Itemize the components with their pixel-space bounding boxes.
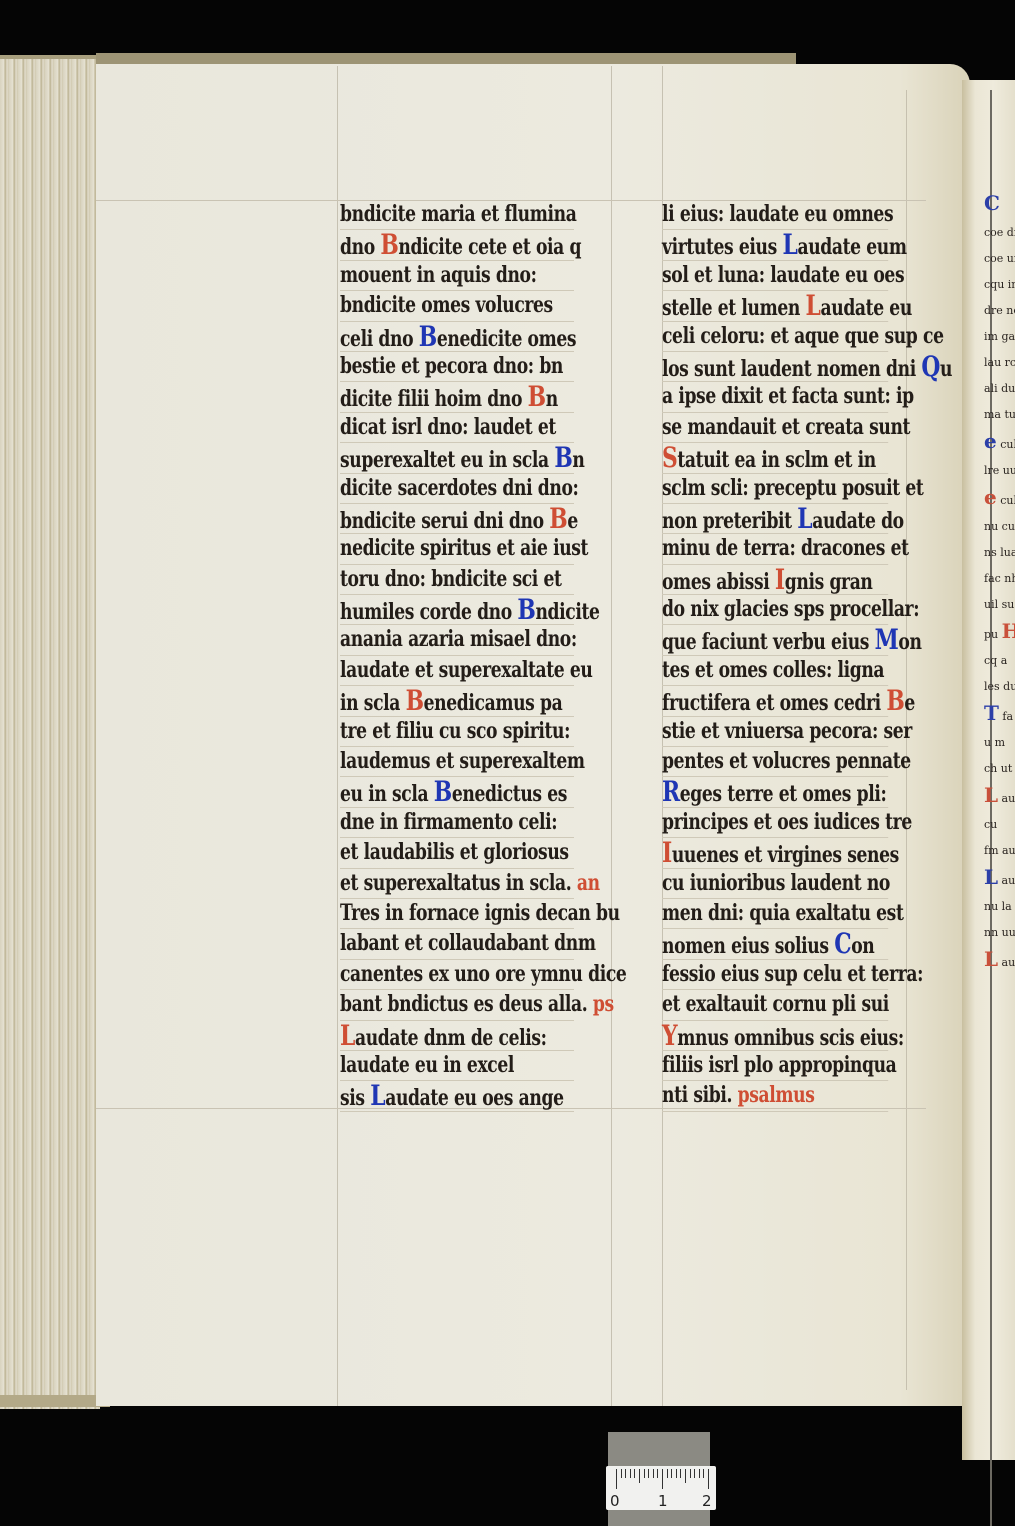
text-line: mouent in aquis dno: (340, 261, 574, 291)
text-line: bndicite serui dni dno Be (340, 504, 574, 534)
facing-initial-red-l2: L (984, 947, 998, 971)
text-line: dicat isrl dno: laudet et (340, 413, 574, 443)
text-line: in scla Benedicamus pa (340, 686, 574, 716)
ruler-tick (699, 1469, 700, 1478)
ruler-tick (676, 1469, 677, 1478)
line-text: sol et luna: laudate eu oes (662, 262, 904, 288)
text-line: bestie et pecora dno: bn (340, 352, 574, 382)
text-line: omes abissi Ignis gran (662, 565, 888, 595)
line-text: Iuuenes et virgines senes (662, 842, 899, 868)
ruler-tick (625, 1469, 626, 1478)
text-line: nedicite spiritus et aie iust (340, 534, 574, 564)
text-line: bndicite omes volucres (340, 291, 574, 321)
ruler-tick (616, 1469, 617, 1489)
line-text: dne in firmamento celi: (340, 809, 557, 835)
decorated-initial: B (549, 502, 567, 535)
text-line: et laudabilis et gloriosus (340, 838, 574, 868)
line-text: dno Bndicite cete et oia q (340, 234, 581, 260)
line-text: anania azaria misael dno: (340, 626, 577, 652)
text-line: filiis isrl plo appropinqua (662, 1051, 888, 1081)
ruler-tick (657, 1469, 658, 1478)
decorated-initial: M (875, 623, 899, 656)
text-line: do nix glacies sps procellar: (662, 595, 888, 625)
text-line: laudate et superexaltate eu (340, 656, 574, 686)
text-line: nti sibi. psalmus (662, 1081, 888, 1111)
line-text: fructifera et omes cedri Be (662, 690, 915, 716)
line-text: principes et oes iudices tre (662, 809, 912, 835)
line-text: dicite sacerdotes dni dno: (340, 475, 578, 501)
text-line: a ipse dixit et facta sunt: ip (662, 382, 888, 412)
line-text: cu iunioribus laudent no (662, 870, 890, 896)
right-text-column: li eius: laudate eu omnesvirtutes eius L… (662, 200, 952, 1112)
decorated-initial: S (662, 441, 677, 474)
text-line: sclm scli: preceptu posuit et (662, 474, 888, 504)
line-text: bndicite maria et flumina (340, 201, 576, 227)
ruler-tick (630, 1469, 631, 1478)
text-line: tes et omes colles: ligna (662, 656, 888, 686)
decorated-initial: L (797, 502, 812, 535)
text-line: Statuit ea in sclm et in (662, 443, 888, 473)
text-line: stie et vniuersa pecora: ser (662, 717, 888, 747)
ruler-tick (634, 1469, 635, 1478)
text-line: Iuuenes et virgines senes (662, 838, 888, 868)
decorated-initial: B (434, 775, 452, 808)
text-line: que faciunt verbu eius Mon (662, 625, 888, 655)
text-line: fessio eius sup celu et terra: (662, 960, 888, 990)
line-text: pentes et volucres pennate (662, 748, 911, 774)
text-line: Reges terre et omes pli: (662, 777, 888, 807)
line-text: canentes ex uno ore ymnu dice (340, 961, 626, 987)
line-text: superexaltet eu in scla Bn (340, 447, 584, 473)
ruler-tick (648, 1469, 649, 1478)
line-text: stelle et lumen Laudate eu (662, 295, 912, 321)
ruler-tick (644, 1469, 645, 1478)
text-line: et exaltauit cornu pli sui (662, 990, 888, 1020)
ruler-tick (680, 1469, 681, 1478)
line-text: los sunt laudent nomen dni Qu (662, 356, 952, 382)
text-line: Ymnus omnibus scis eius: (662, 1021, 888, 1051)
ruler-tick (653, 1469, 654, 1478)
decorated-initial: R (662, 775, 680, 808)
line-text: bndicite serui dni dno Be (340, 508, 578, 534)
left-text-column: bndicite maria et fluminadno Bndicite ce… (340, 200, 640, 1112)
text-line: sis Laudate eu oes ange (340, 1081, 574, 1111)
line-text: a ipse dixit et facta sunt: ip (662, 383, 914, 409)
line-text: tes et omes colles: ligna (662, 657, 884, 683)
text-line: li eius: laudate eu omnes (662, 200, 888, 230)
text-line: celi celoru: et aque que sup ce (662, 322, 888, 352)
text-line: se mandauit et creata sunt (662, 413, 888, 443)
text-line: dne in firmamento celi: (340, 808, 574, 838)
text-line: non preteribit Laudate do (662, 504, 888, 534)
text-line: Laudate dnm de celis: (340, 1021, 574, 1051)
ruler-tick (694, 1469, 695, 1478)
text-line: tre et filiu cu sco spiritu: (340, 717, 574, 747)
line-text: in scla Benedicamus pa (340, 690, 562, 716)
text-line: bndicite maria et flumina (340, 200, 574, 230)
line-text: tre et filiu cu sco spiritu: (340, 718, 570, 744)
line-text: bant bndictus es deus alla. ps (340, 991, 614, 1017)
decorated-initial: B (406, 684, 424, 717)
line-text: nomen eius solius Con (662, 933, 874, 959)
ruler-tick (708, 1469, 709, 1489)
decorated-initial: I (662, 836, 672, 869)
line-text: sclm scli: preceptu posuit et (662, 475, 923, 501)
line-text: nedicite spiritus et aie iust (340, 535, 588, 561)
line-text: Reges terre et omes pli: (662, 781, 886, 807)
ruler-tick (685, 1469, 686, 1483)
line-text: li eius: laudate eu omnes (662, 201, 893, 227)
decorated-initial: L (783, 228, 798, 261)
line-text: laudemus et superexaltem (340, 748, 585, 774)
line-text: humiles corde dno Bndicite (340, 599, 600, 625)
line-text: Statuit ea in sclm et in (662, 447, 876, 473)
line-text: dicite filii hoim dno Bn (340, 386, 558, 412)
ruler-label-1: 1 (658, 1492, 668, 1510)
facing-initial-red-h: H (1002, 619, 1015, 643)
line-text: celi dno Benedicite omes (340, 326, 576, 352)
line-text: dicat isrl dno: laudet et (340, 414, 556, 440)
ruler-label-2: 2 (702, 1492, 712, 1510)
text-line: dno Bndicite cete et oia q (340, 230, 574, 260)
line-text: et superexaltatus in scla. an (340, 870, 600, 896)
line-text: laudate eu in excel (340, 1052, 514, 1078)
facing-initial-blue-t: T (984, 701, 999, 725)
line-text: virtutes eius Laudate eum (662, 234, 907, 260)
decorated-initial: Y (662, 1019, 677, 1052)
decorated-initial: B (517, 593, 535, 626)
facing-initial-red-e: e (984, 485, 997, 509)
facing-initial-blue-e: e (984, 429, 997, 453)
ruler-tick (671, 1469, 672, 1478)
line-text: toru dno: bndicite sci et (340, 566, 562, 592)
line-text: non preteribit Laudate do (662, 508, 904, 534)
line-text: eu in scla Benedictus es (340, 781, 567, 807)
text-line: minu de terra: dracones et (662, 534, 888, 564)
decorated-initial: L (806, 289, 821, 322)
ruler-tick (667, 1469, 668, 1478)
line-text: celi celoru: et aque que sup ce (662, 323, 944, 349)
ruling-left-outer (337, 66, 338, 1406)
rubric: ps (593, 991, 614, 1017)
text-line: anania azaria misael dno: (340, 625, 574, 655)
text-line: pentes et volucres pennate (662, 747, 888, 777)
line-text: filiis isrl plo appropinqua (662, 1052, 896, 1078)
ruler-tick (703, 1469, 704, 1478)
text-line: stelle et lumen Laudate eu (662, 291, 888, 321)
text-line: et superexaltatus in scla. an (340, 869, 574, 899)
line-text: et laudabilis et gloriosus (340, 839, 569, 865)
line-text: que faciunt verbu eius Mon (662, 629, 922, 655)
text-line: dicite filii hoim dno Bn (340, 382, 574, 412)
text-line: fructifera et omes cedri Be (662, 686, 888, 716)
decorated-initial: B (380, 228, 398, 261)
text-line: superexaltet eu in scla Bn (340, 443, 574, 473)
rubric: psalmus (738, 1082, 815, 1108)
decorated-initial: L (370, 1079, 385, 1112)
rubric: an (577, 870, 600, 896)
line-text: fessio eius sup celu et terra: (662, 961, 923, 987)
text-line: los sunt laudent nomen dni Qu (662, 352, 888, 382)
text-line: humiles corde dno Bndicite (340, 595, 574, 625)
text-line: dicite sacerdotes dni dno: (340, 474, 574, 504)
line-text: laudate et superexaltate eu (340, 657, 592, 683)
line-text: men dni: quia exaltatu est (662, 900, 903, 926)
scale-ruler: 0 1 2 (606, 1466, 716, 1510)
text-line: Tres in fornace ignis decan bu (340, 899, 574, 929)
facing-initial-red-l: L (984, 783, 998, 807)
page-stack-edges (0, 55, 100, 1409)
ruler-tick (690, 1469, 691, 1478)
text-line: canentes ex uno ore ymnu dice (340, 960, 574, 990)
decorated-initial: I (775, 563, 785, 596)
decorated-initial: B (419, 320, 437, 353)
line-text: bestie et pecora dno: bn (340, 353, 563, 379)
line-text: Ymnus omnibus scis eius: (662, 1025, 904, 1051)
line-text: do nix glacies sps procellar: (662, 596, 919, 622)
text-line: bant bndictus es deus alla. ps (340, 990, 574, 1020)
line-text: sis Laudate eu oes ange (340, 1085, 564, 1111)
line-text: minu de terra: dracones et (662, 535, 909, 561)
line-text: omes abissi Ignis gran (662, 569, 873, 595)
decorated-initial: B (528, 380, 546, 413)
decorated-initial: C (834, 927, 851, 960)
line-text: Tres in fornace ignis decan bu (340, 900, 620, 926)
decorated-initial: B (886, 684, 904, 717)
ruler-tick (662, 1469, 663, 1489)
text-line: cu iunioribus laudent no (662, 869, 888, 899)
line-text: Laudate dnm de celis: (340, 1025, 547, 1051)
ruler-tick (639, 1469, 640, 1483)
text-line: labant et collaudabant dnm (340, 929, 574, 959)
line-text: stie et vniuersa pecora: ser (662, 718, 912, 744)
decorated-initial: Q (921, 350, 940, 383)
ruler-label-0: 0 (610, 1492, 620, 1510)
facing-initial-blue: C (984, 191, 1000, 215)
facing-page-text: C coe dncoe uncqu imdre nouim gaulau rca… (984, 190, 1015, 976)
ruler-tick (621, 1469, 622, 1478)
decorated-initial: L (340, 1019, 355, 1052)
line-text: et exaltauit cornu pli sui (662, 991, 889, 1017)
text-line: laudate eu in excel (340, 1051, 574, 1081)
text-line: virtutes eius Laudate eum (662, 230, 888, 260)
line-text: labant et collaudabant dnm (340, 930, 596, 956)
text-line: celi dno Benedicite omes (340, 322, 574, 352)
page-stack-bottom (0, 1395, 110, 1407)
decorated-initial: B (554, 441, 572, 474)
facing-initial-blue-l: L (984, 865, 998, 889)
line-text: bndicite omes volucres (340, 292, 553, 318)
text-line: laudemus et superexaltem (340, 747, 574, 777)
line-text: se mandauit et creata sunt (662, 414, 910, 440)
line-text: nti sibi. psalmus (662, 1082, 815, 1108)
line-text: mouent in aquis dno: (340, 262, 537, 288)
text-line: men dni: quia exaltatu est (662, 899, 888, 929)
text-line: principes et oes iudices tre (662, 808, 888, 838)
text-line: sol et luna: laudate eu oes (662, 261, 888, 291)
text-line: eu in scla Benedictus es (340, 777, 574, 807)
text-line: nomen eius solius Con (662, 929, 888, 959)
text-line: toru dno: bndicite sci et (340, 565, 574, 595)
